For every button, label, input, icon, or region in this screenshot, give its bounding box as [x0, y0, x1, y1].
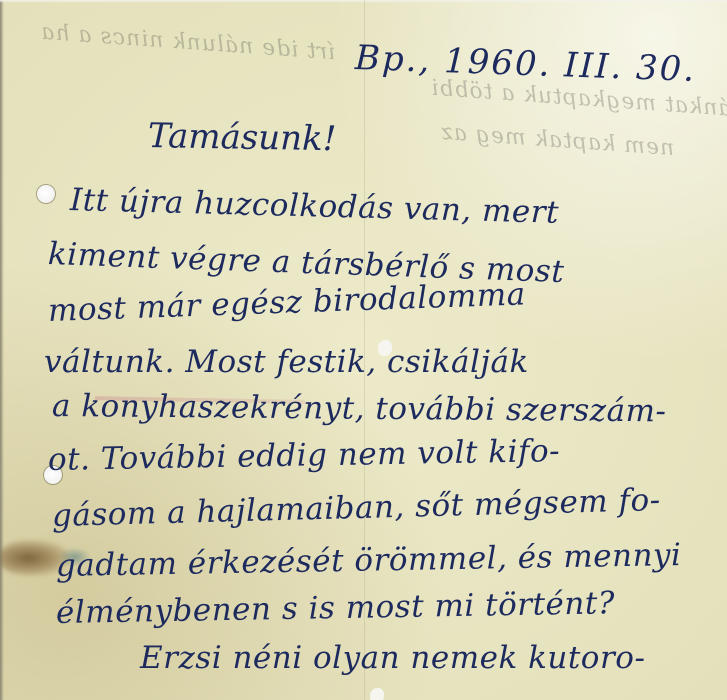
letter-line: Itt újra huzcolkodás van, mert: [70, 182, 560, 231]
page-edge-left: [0, 0, 4, 700]
letter-line: váltunk. Most festik, csikálják: [44, 344, 529, 380]
letter-line: most már egész birodalomma: [47, 276, 526, 329]
letter-line: gadtam érkezését örömmel, és mennyi: [56, 537, 682, 584]
punch-hole: [37, 185, 55, 203]
letter-line: élménybenen s is most mi történt?: [56, 585, 616, 631]
letter-date: Bp., 1960. III. 30.: [354, 38, 696, 90]
paper-tear: [370, 688, 384, 700]
letter-page: írt ide nálunk nincs a ha postánkat megk…: [0, 0, 727, 700]
letter-line: a konyhaszekrényt, további szerszám-: [52, 388, 667, 429]
letter-line: ot. További eddig nem volt kifo-: [48, 433, 561, 478]
bleed-through-text: írt ide nálunk nincs a ha: [39, 20, 336, 66]
letter-line: gásom a hajlamaiban, sőt mégsem fo-: [52, 482, 662, 534]
bleed-through-text: nem kaptak meg az: [439, 120, 675, 161]
letter-greeting: Tamásunk!: [148, 116, 337, 159]
letter-line: Erzsi néni olyan nemek kutoro-: [140, 640, 645, 676]
